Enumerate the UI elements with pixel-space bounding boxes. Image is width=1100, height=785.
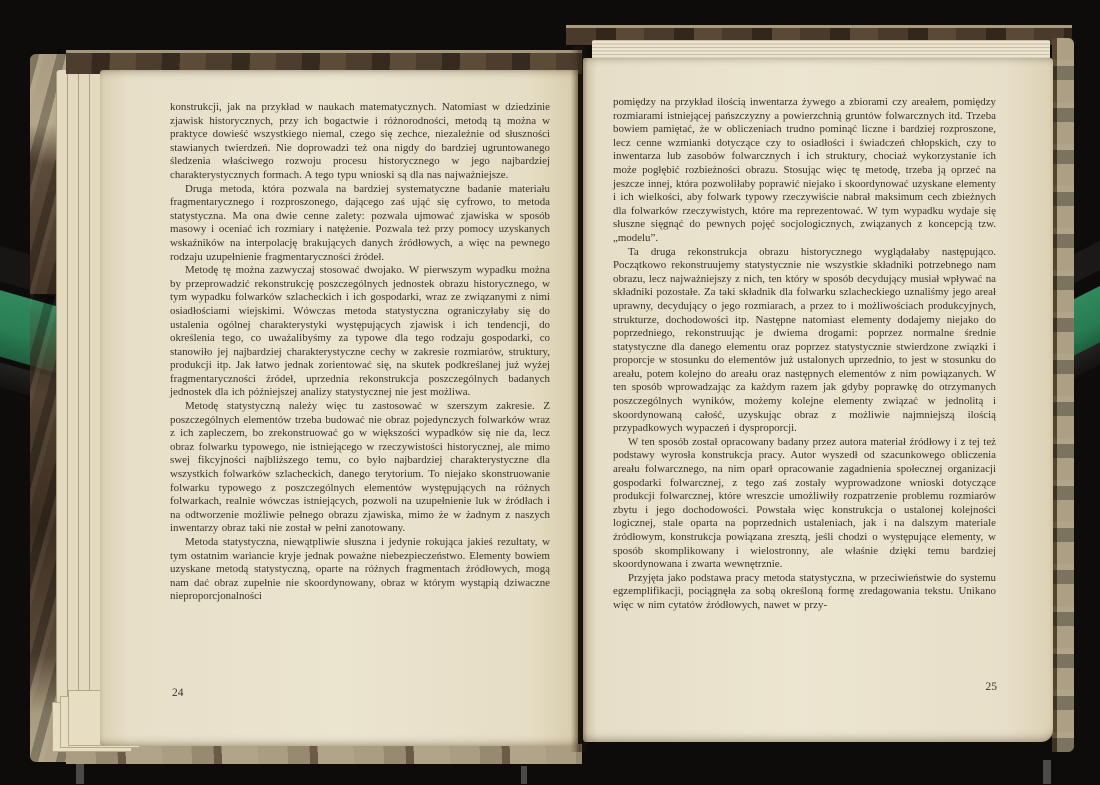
cradle-mark-center — [521, 766, 527, 784]
page-number-right: 25 — [971, 681, 997, 693]
photographed-book-scan: konstrukcji, jak na przykład w naukach m… — [0, 0, 1100, 785]
right-cover-edge — [1052, 38, 1074, 752]
book-gutter-shadow — [570, 46, 588, 752]
cradle-mark-left — [76, 764, 84, 784]
right-page-text: pomiędzy na przykład ilością inwentarza … — [613, 96, 996, 613]
page-number-left: 24 — [172, 687, 184, 699]
cradle-mark-right — [1043, 760, 1051, 784]
left-page-text: konstrukcji, jak na przykład w naukach m… — [170, 101, 550, 604]
right-page-stack-top-edges — [592, 40, 1050, 60]
